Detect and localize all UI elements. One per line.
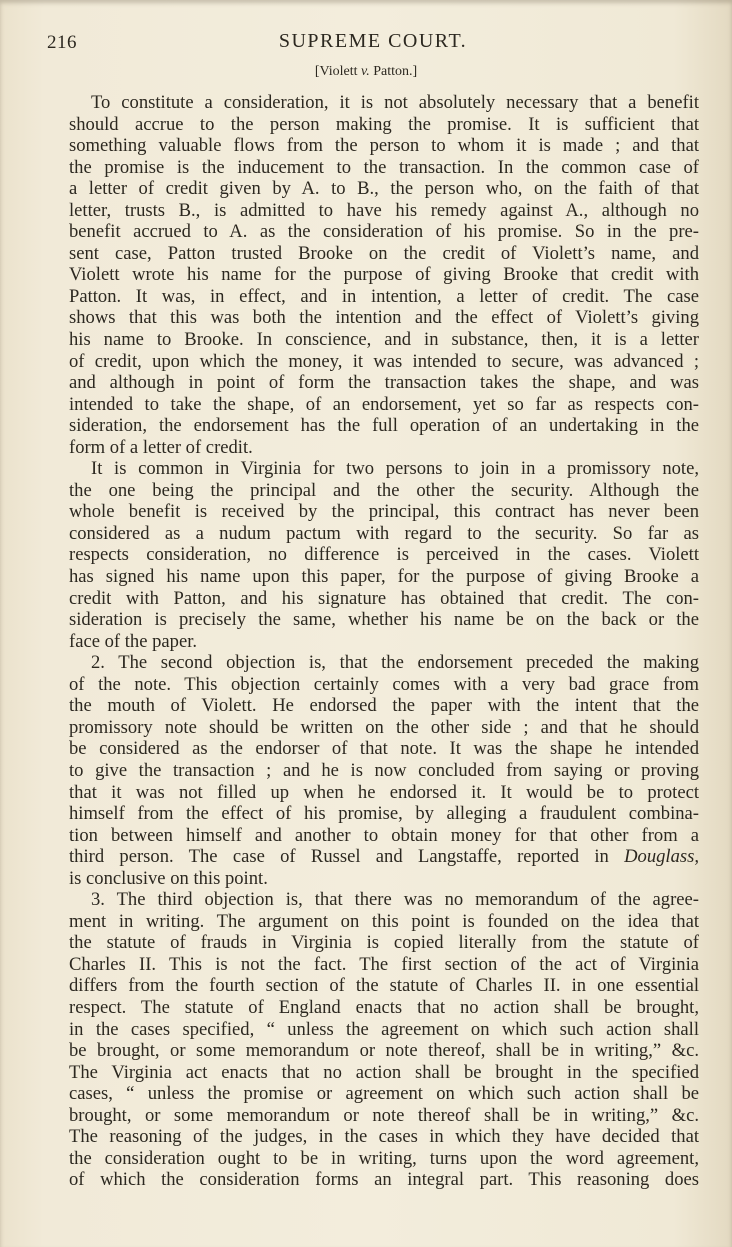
paragraph-2: It is common in Virginia for two persons… — [47, 458, 699, 652]
paragraph-3: 2. The second objection is, that the end… — [47, 652, 699, 889]
citation-douglass: Douglass, — [624, 846, 699, 867]
paragraph-4: 3. The third objection is, that there wa… — [47, 889, 699, 1191]
running-head: SUPREME COURT. — [47, 30, 699, 53]
book-page: 216 SUPREME COURT. [Violett v. Patton.] … — [0, 0, 732, 1247]
body-text: To constitute a consideration, it is not… — [47, 92, 699, 1191]
paragraph-1: To constitute a consideration, it is not… — [47, 92, 699, 458]
citation-line: third person. The case of Russel and Lan… — [47, 846, 699, 868]
case-caption: [Violett v. Patton.] — [0, 64, 732, 80]
page-header: 216 SUPREME COURT. — [47, 28, 699, 58]
